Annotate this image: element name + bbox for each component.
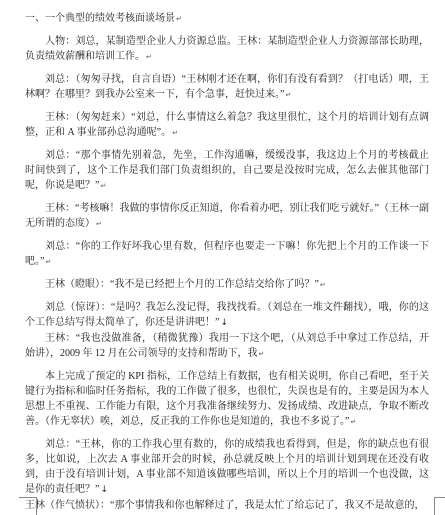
paragraph-mark-icon: ↵ — [45, 258, 51, 266]
paragraph-text: 刘总：“那个事情先别着急，先坐，工作沟通嘛，缓缓没事，我这边上个月的考核截止时间… — [25, 150, 429, 191]
paragraph: 本上完成了预定的 KPI 指标，工作总结上有数据，也有相关说明，你自己看吧，至于… — [25, 369, 429, 430]
paragraph-mark-icon: ↵ — [146, 53, 152, 61]
paragraph: 王林（瞪眼）：“我不是已经把上个月的工作总结交给你了吗？”↵ — [25, 277, 429, 293]
paragraph-text: 刘总：（匆匆寻找，自言自语）“王林刚才还在啊，你们有没有看到？（打电话）喂，王林… — [25, 74, 429, 100]
paragraph-mark-icon: ↵ — [259, 350, 265, 358]
paragraph: 刘总：“你的工作好坏我心里有数，但程序也要走一下嘛！你先把上个月的工作谈一下吧。… — [25, 239, 429, 270]
paragraph-mark-icon: ↵ — [172, 129, 178, 137]
paragraph-mark-icon: ↵ — [100, 182, 106, 190]
paragraph-mark-icon: ↵ — [350, 418, 356, 426]
paragraph: 人物：刘总，某制造型企业人力资源总监。王林：某制造型企业人力资源部部长助理，负责… — [25, 34, 429, 65]
paragraph: 王林（作气愤状）：“那个事情我和你也解释过了，我是太忙了给忘记了，我又不是故意的… — [25, 498, 429, 513]
heading-text: 一、一个典型的绩效考核面谈场景 — [25, 13, 175, 24]
document-body: 人物：刘总，某制造型企业人力资源总监。王林：某制造型企业人力资源部部长助理，负责… — [25, 34, 429, 513]
paragraph: 王林：（匆匆赶来）“刘总，什么事情这么着急？我这里很忙，这个月的培训计划有点调整… — [25, 110, 429, 141]
paragraph-text: 王林（瞪眼）：“我不是已经把上个月的工作总结交给你了吗？” — [45, 279, 319, 290]
paragraph: 刘总：“那个事情先别着急，先坐，工作沟通嘛，缓缓没事，我这边上个月的考核截止时间… — [25, 148, 429, 194]
paragraph-text: 刘总：“王林，你的工作我心里有数的，你的成绩我也看得到，但是，你的缺点也有很多，… — [25, 439, 429, 495]
paragraph: 刘总：“王林，你的工作我心里有数的，你的成绩我也看得到，但是，你的缺点也有很多，… — [25, 437, 429, 498]
paragraph: 王林：“考核嘛！我做的事情你反正知道，你看着办吧，别让我们吃亏就好。”（王林一副… — [25, 201, 429, 232]
crop-mark-right-icon — [434, 497, 445, 515]
paragraph-mark-icon: ↵ — [285, 91, 291, 99]
paragraph: 刘总：（匆匆寻找，自言自语）“王林刚才还在啊，你们有没有看到？（打电话）喂，王林… — [25, 72, 429, 103]
document-page: 一、一个典型的绩效考核面谈场景↵ 人物：刘总，某制造型企业人力资源总监。王林：某… — [0, 0, 445, 515]
paragraph-mark-icon: ↵ — [320, 281, 326, 289]
paragraph-text: 刘总：“你的工作好坏我心里有数，但程序也要走一下嘛！你先把上个月的工作谈一下吧。… — [25, 241, 429, 267]
crop-mark-left-icon — [19, 497, 37, 515]
paragraph-mark-icon: ↵ — [176, 15, 182, 23]
paragraph-text: 人物：刘总，某制造型企业人力资源总监。王林：某制造型企业人力资源部部长助理，负责… — [25, 36, 429, 62]
line-break-mark-icon: ↓ — [100, 485, 108, 495]
paragraph: 王林：“我也没做准备，（稍微犹豫）我用一下这个吧，（从刘总手中拿过工作总结，开始… — [25, 331, 429, 362]
paragraph-text: 王林：“考核嘛！我做的事情你反正知道，你看着办吧，别让我们吃亏就好。”（王林一副… — [25, 203, 429, 229]
document-heading: 一、一个典型的绩效考核面谈场景↵ — [25, 11, 429, 27]
paragraph-text: 本上完成了预定的 KPI 指标，工作总结上有数据，也有相关说明，你自己看吧，至于… — [25, 371, 429, 427]
paragraph-text: 王林：（匆匆赶来）“刘总，什么事情这么着急？我这里很忙，这个月的培训计划有点调整… — [25, 112, 429, 138]
line-break-mark-icon: ↓ — [220, 318, 228, 328]
paragraph: 刘总（惊讶）：“是吗？我怎么没记得，我找找看。（刘总在一堆文件翻找），哦，你的这… — [25, 300, 429, 331]
paragraph-text: 王林：“我也没做准备，（稍微犹豫）我用一下这个吧，（从刘总手中拿过工作总结，开始… — [25, 333, 429, 359]
paragraph-text: 王林（作气愤状）：“那个事情我和你也解释过了，我是太忙了给忘记了，我又不是故意的… — [25, 500, 424, 511]
paragraph-mark-icon: ↵ — [96, 220, 102, 228]
